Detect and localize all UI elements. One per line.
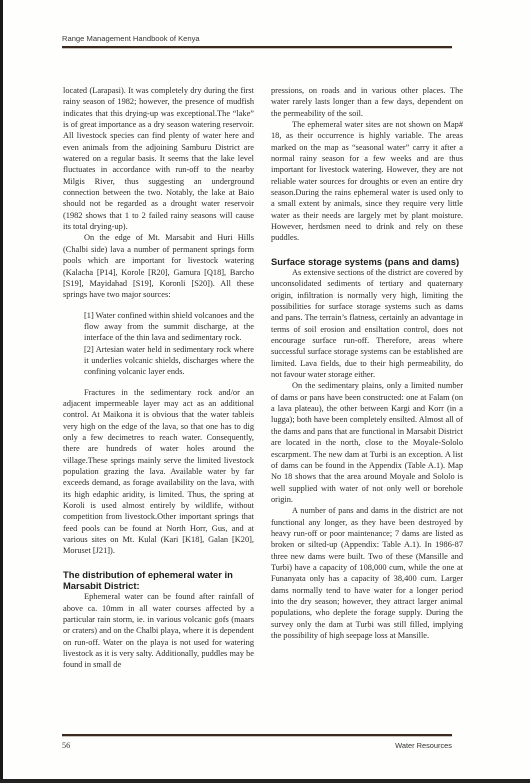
right-column: pressions, on roads and in various other… xyxy=(271,85,463,641)
paragraph: Ephemeral water can be found after rainf… xyxy=(63,591,254,670)
spacer xyxy=(63,378,254,387)
header-rule xyxy=(62,46,452,49)
list-item: [2] Artesian water held in sedimentary r… xyxy=(84,344,254,378)
section-heading: The distribution of ephemeral water in M… xyxy=(63,569,254,591)
paragraph: A number of pans and dams in the distric… xyxy=(271,505,463,641)
page-footer: 56 Water Resources xyxy=(62,734,452,750)
paragraph: As extensive sections of the district ar… xyxy=(271,267,463,380)
footer-rule xyxy=(62,734,452,737)
paragraph: pressions, on roads and in various other… xyxy=(271,85,463,119)
page-number: 56 xyxy=(62,741,70,750)
paragraph: On the edge of Mt. Marsabit and Huri Hil… xyxy=(63,232,254,300)
paragraph: On the sedimentary plains, only a limite… xyxy=(271,380,463,505)
spacer xyxy=(271,244,463,256)
running-header: Range Management Handbook of Kenya xyxy=(62,34,452,49)
paragraph: Fractures in the sedimentary rock and/or… xyxy=(63,387,254,557)
spacer xyxy=(63,557,254,569)
scan-bottom-edge xyxy=(0,779,530,783)
left-column: located (Larapasi). It was completely dr… xyxy=(63,85,254,671)
list-item: [1] Water confined within shield volcano… xyxy=(84,310,254,344)
running-title: Range Management Handbook of Kenya xyxy=(62,34,452,43)
paragraph: located (Larapasi). It was completely dr… xyxy=(63,85,254,232)
scan-left-edge xyxy=(0,0,3,783)
spacer xyxy=(63,301,254,310)
section-heading: Surface storage systems (pans and dams) xyxy=(271,256,463,267)
paragraph: The ephemeral water sites are not shown … xyxy=(271,119,463,244)
section-name: Water Resources xyxy=(395,741,452,750)
